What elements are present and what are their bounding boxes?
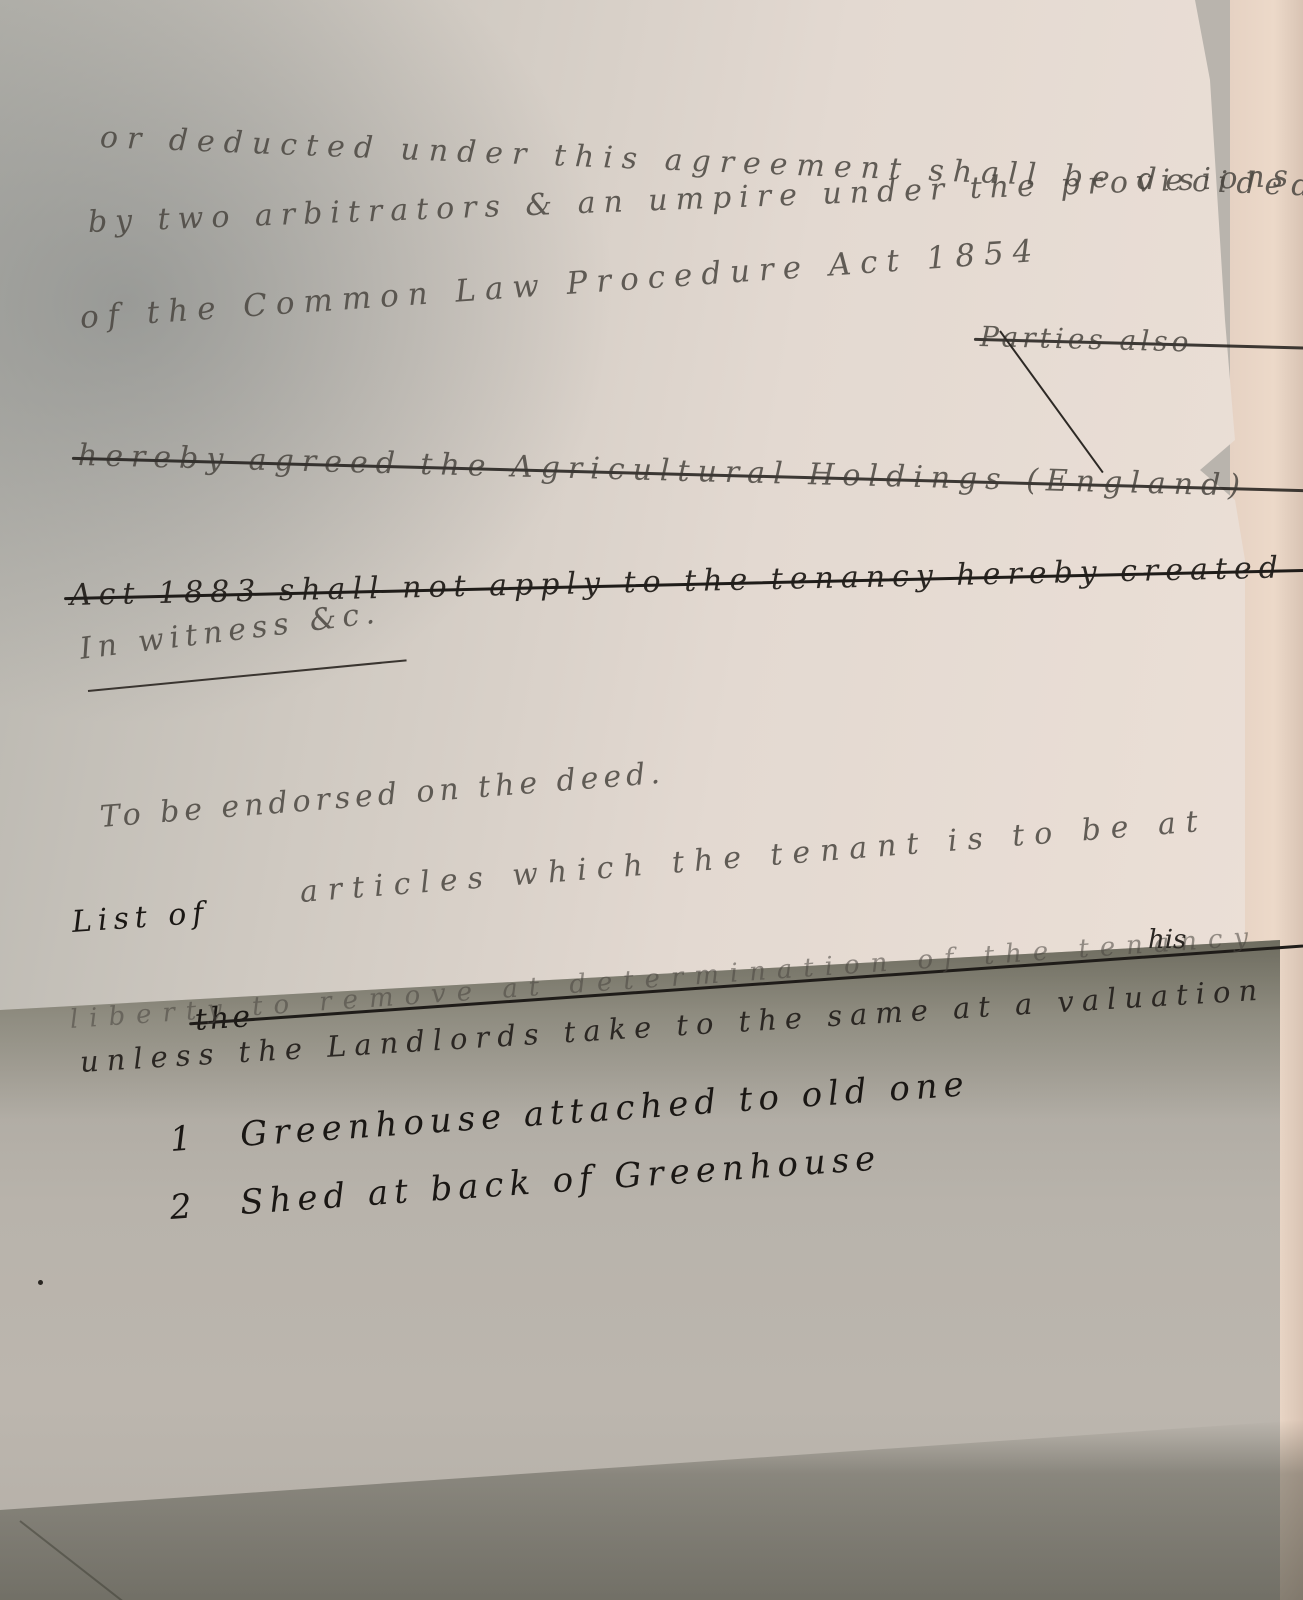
list-item-number: 1: [169, 1118, 199, 1160]
ink-dot: [38, 1280, 43, 1285]
caret-insertion: his: [1148, 925, 1186, 955]
list-item-number: 2: [169, 1186, 199, 1228]
